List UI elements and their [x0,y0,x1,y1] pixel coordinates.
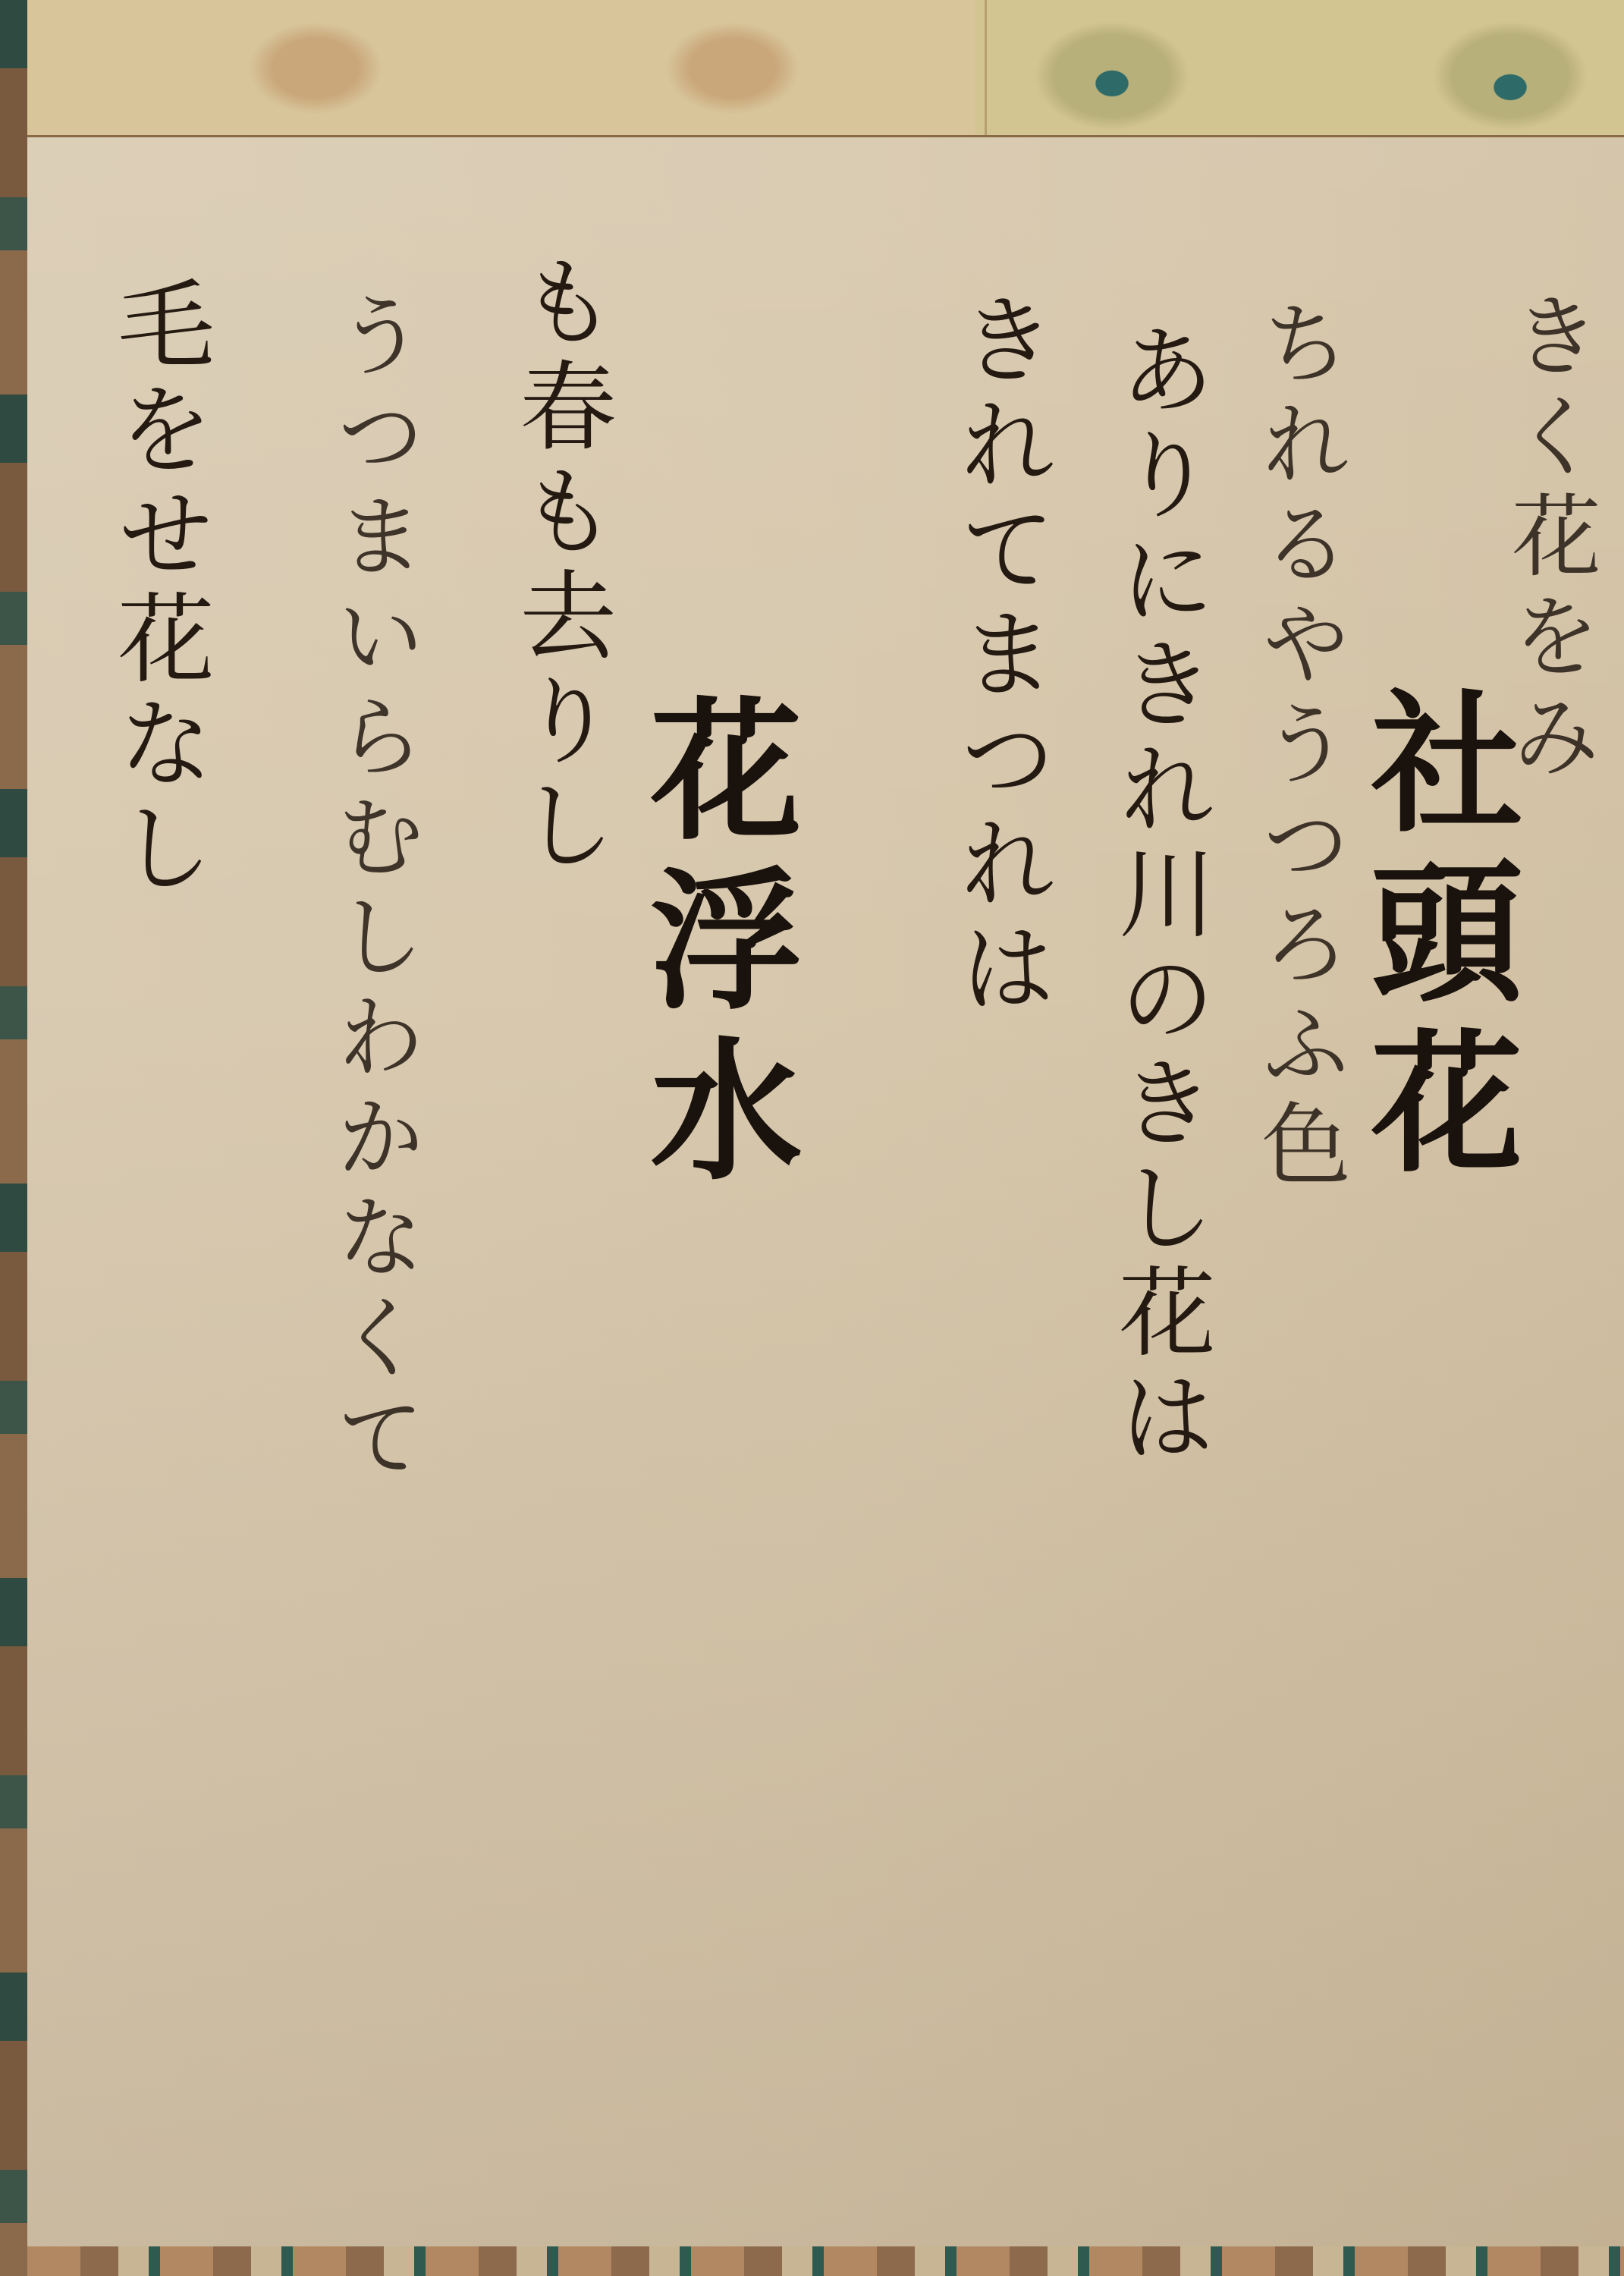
calligraphy-column-2-title: 社頭花 [1359,684,1510,1518]
calligraphy-column-3: ちれるやうつろふ色 [1254,297,1343,2193]
calligraphy-column-5: きれてまつれは [950,289,1048,1579]
brocade-seam [985,0,987,135]
scroll-mount-left-border [0,0,27,2276]
scene-description: Japanese hanging scroll (kakejiku) with … [0,0,1,1]
calligraphy-column-9: 毛をせ花なし [108,274,206,1715]
calligraphy-paper: きく花をみ 社頭花 ちれるやうつろふ色 ありにきれ川のきし花は きれてまつれは … [27,137,1624,2246]
calligraphy-column-7: も春も去りし [510,251,608,2224]
calligraphy-column-6-title: 花浮水 [638,691,790,1526]
calligraphy-column-4: ありにきれ川のきし花は [1110,319,1207,2216]
brocade-top-panel [27,0,1624,137]
brocade-bottom-edge [27,2246,1624,2276]
calligraphy-column-8: うつまいらむしわかなくて [328,289,418,2262]
